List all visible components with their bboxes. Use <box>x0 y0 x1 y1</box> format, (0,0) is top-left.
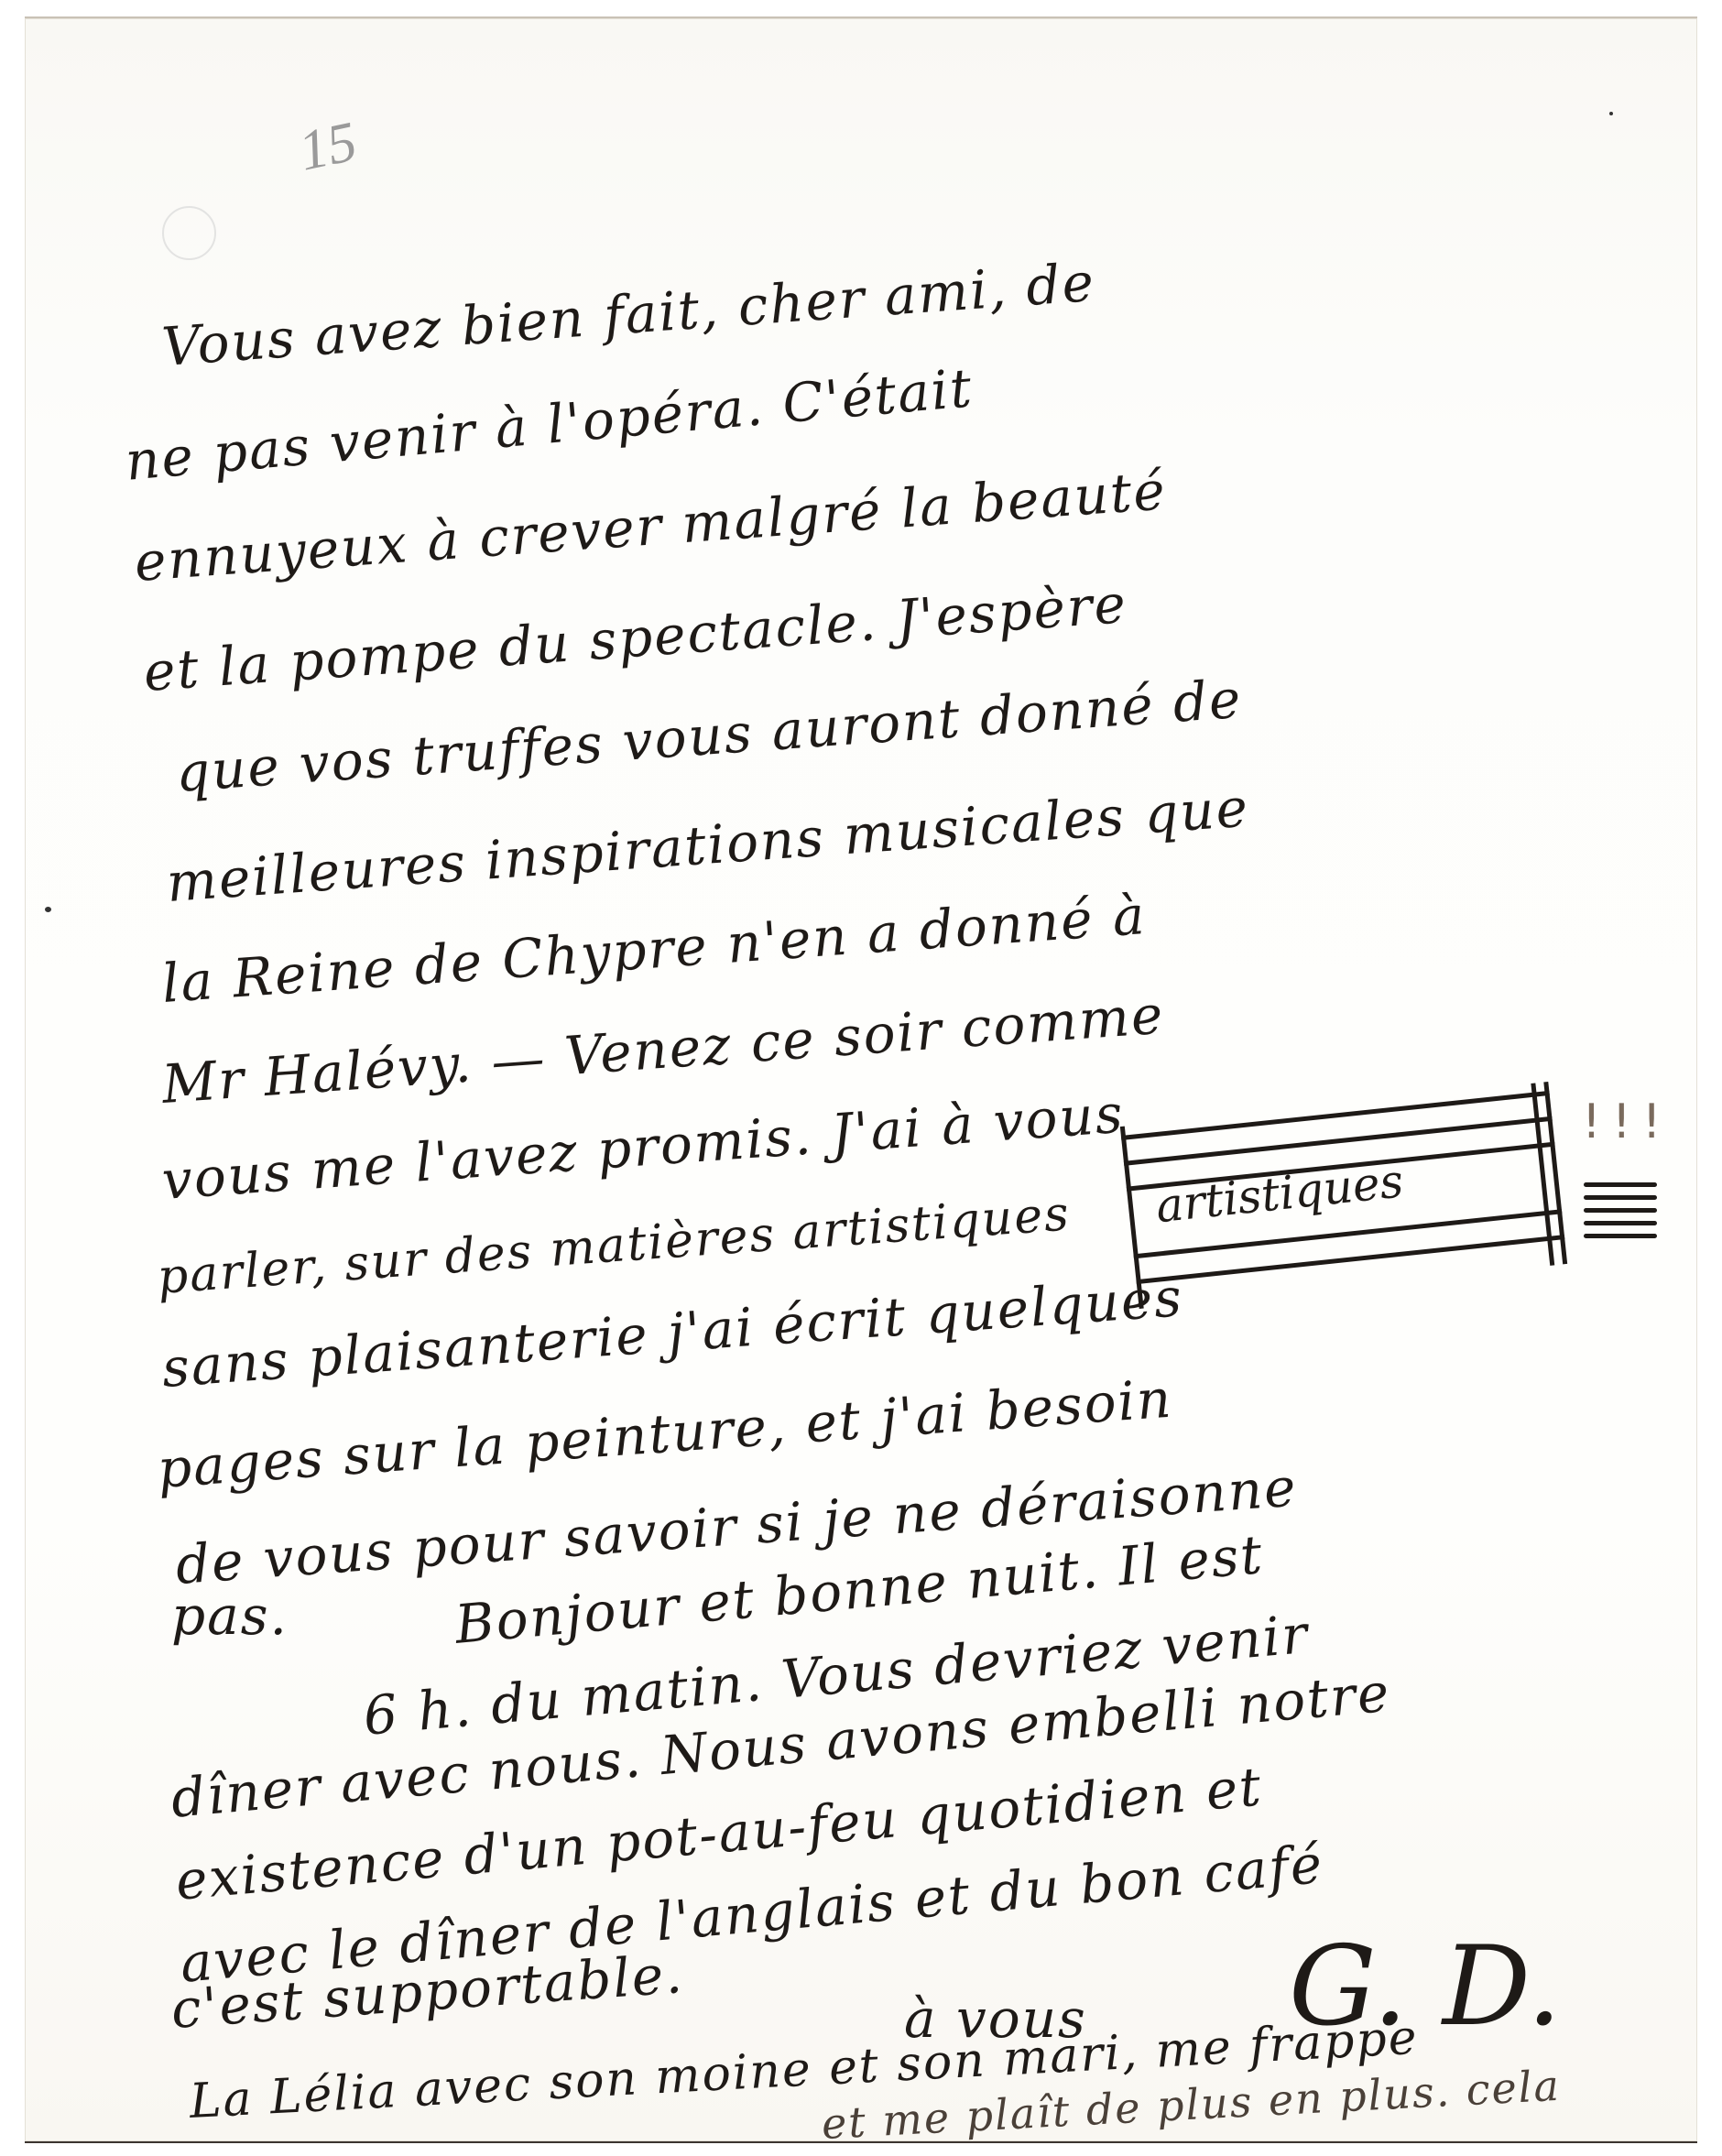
letter-line-2: ne pas venir à l'opéra. C'était <box>123 356 975 493</box>
letter-line-4: et la pompe du spectacle. J'espère <box>142 572 1129 703</box>
letter-line-14: pas. <box>171 1584 289 1647</box>
ink-speck <box>1609 112 1613 115</box>
signature: G. D. <box>1289 1923 1562 2051</box>
music-staff-sketch: artistiques <box>1120 1082 1567 1309</box>
collection-stamp <box>162 206 216 260</box>
letter-line-3: ennuyeux à crever malgré la beauté <box>133 459 1169 593</box>
pencil-folio-number: 15 <box>293 109 362 184</box>
rest-marks-sketch <box>1584 1174 1657 1247</box>
letter-page: 15 Vous avez bien fait, cher ami, de ne … <box>25 16 1697 2143</box>
reverse-side-bleed-through <box>947 58 1641 106</box>
exclamation-marks: !!! <box>1582 1094 1673 1149</box>
ink-speck <box>45 907 51 912</box>
staff-inline-word: artistiques <box>1153 1154 1406 1233</box>
